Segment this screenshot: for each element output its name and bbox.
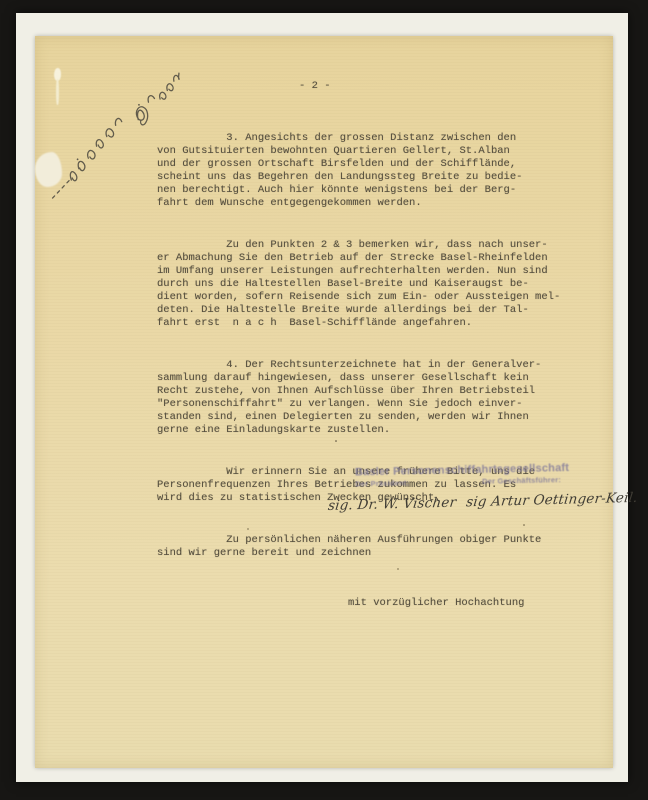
paragraph-points-2-3: Zu den Punkten 2 & 3 bemerken wir, dass … xyxy=(157,239,597,330)
scan-background: { "letter": { "page_number": "- 2 -", "p… xyxy=(0,0,648,800)
stamp-manager-label: Der Geschäftsführer: xyxy=(482,475,561,486)
paper-blemish xyxy=(35,152,62,187)
signature-president: sig. Dr. W. Vischer xyxy=(327,495,457,514)
paper-blemish xyxy=(54,68,61,81)
page-number: - 2 - xyxy=(299,80,331,93)
paragraph-point-3: 3. Angesichts der grossen Distanz zwisch… xyxy=(157,132,597,210)
paragraph-schluss: Zu persönlichen näheren Ausführungen obi… xyxy=(157,534,597,560)
paragraph-point-4: 4. Der Rechtsunterzeichnete hat in der G… xyxy=(157,359,597,437)
letter-body: 3. Angesichts der grossen Distanz zwisch… xyxy=(157,106,597,636)
closing-salutation: mit vorzüglicher Hochachtung xyxy=(348,597,597,610)
stamp-president-label: Der Präsident: xyxy=(355,478,409,488)
letter-paper: - 2 - 3. Angesichts der grossen Distanz … xyxy=(35,36,613,768)
signature-manager: sig Artur Oettinger-Keil. xyxy=(465,490,638,511)
